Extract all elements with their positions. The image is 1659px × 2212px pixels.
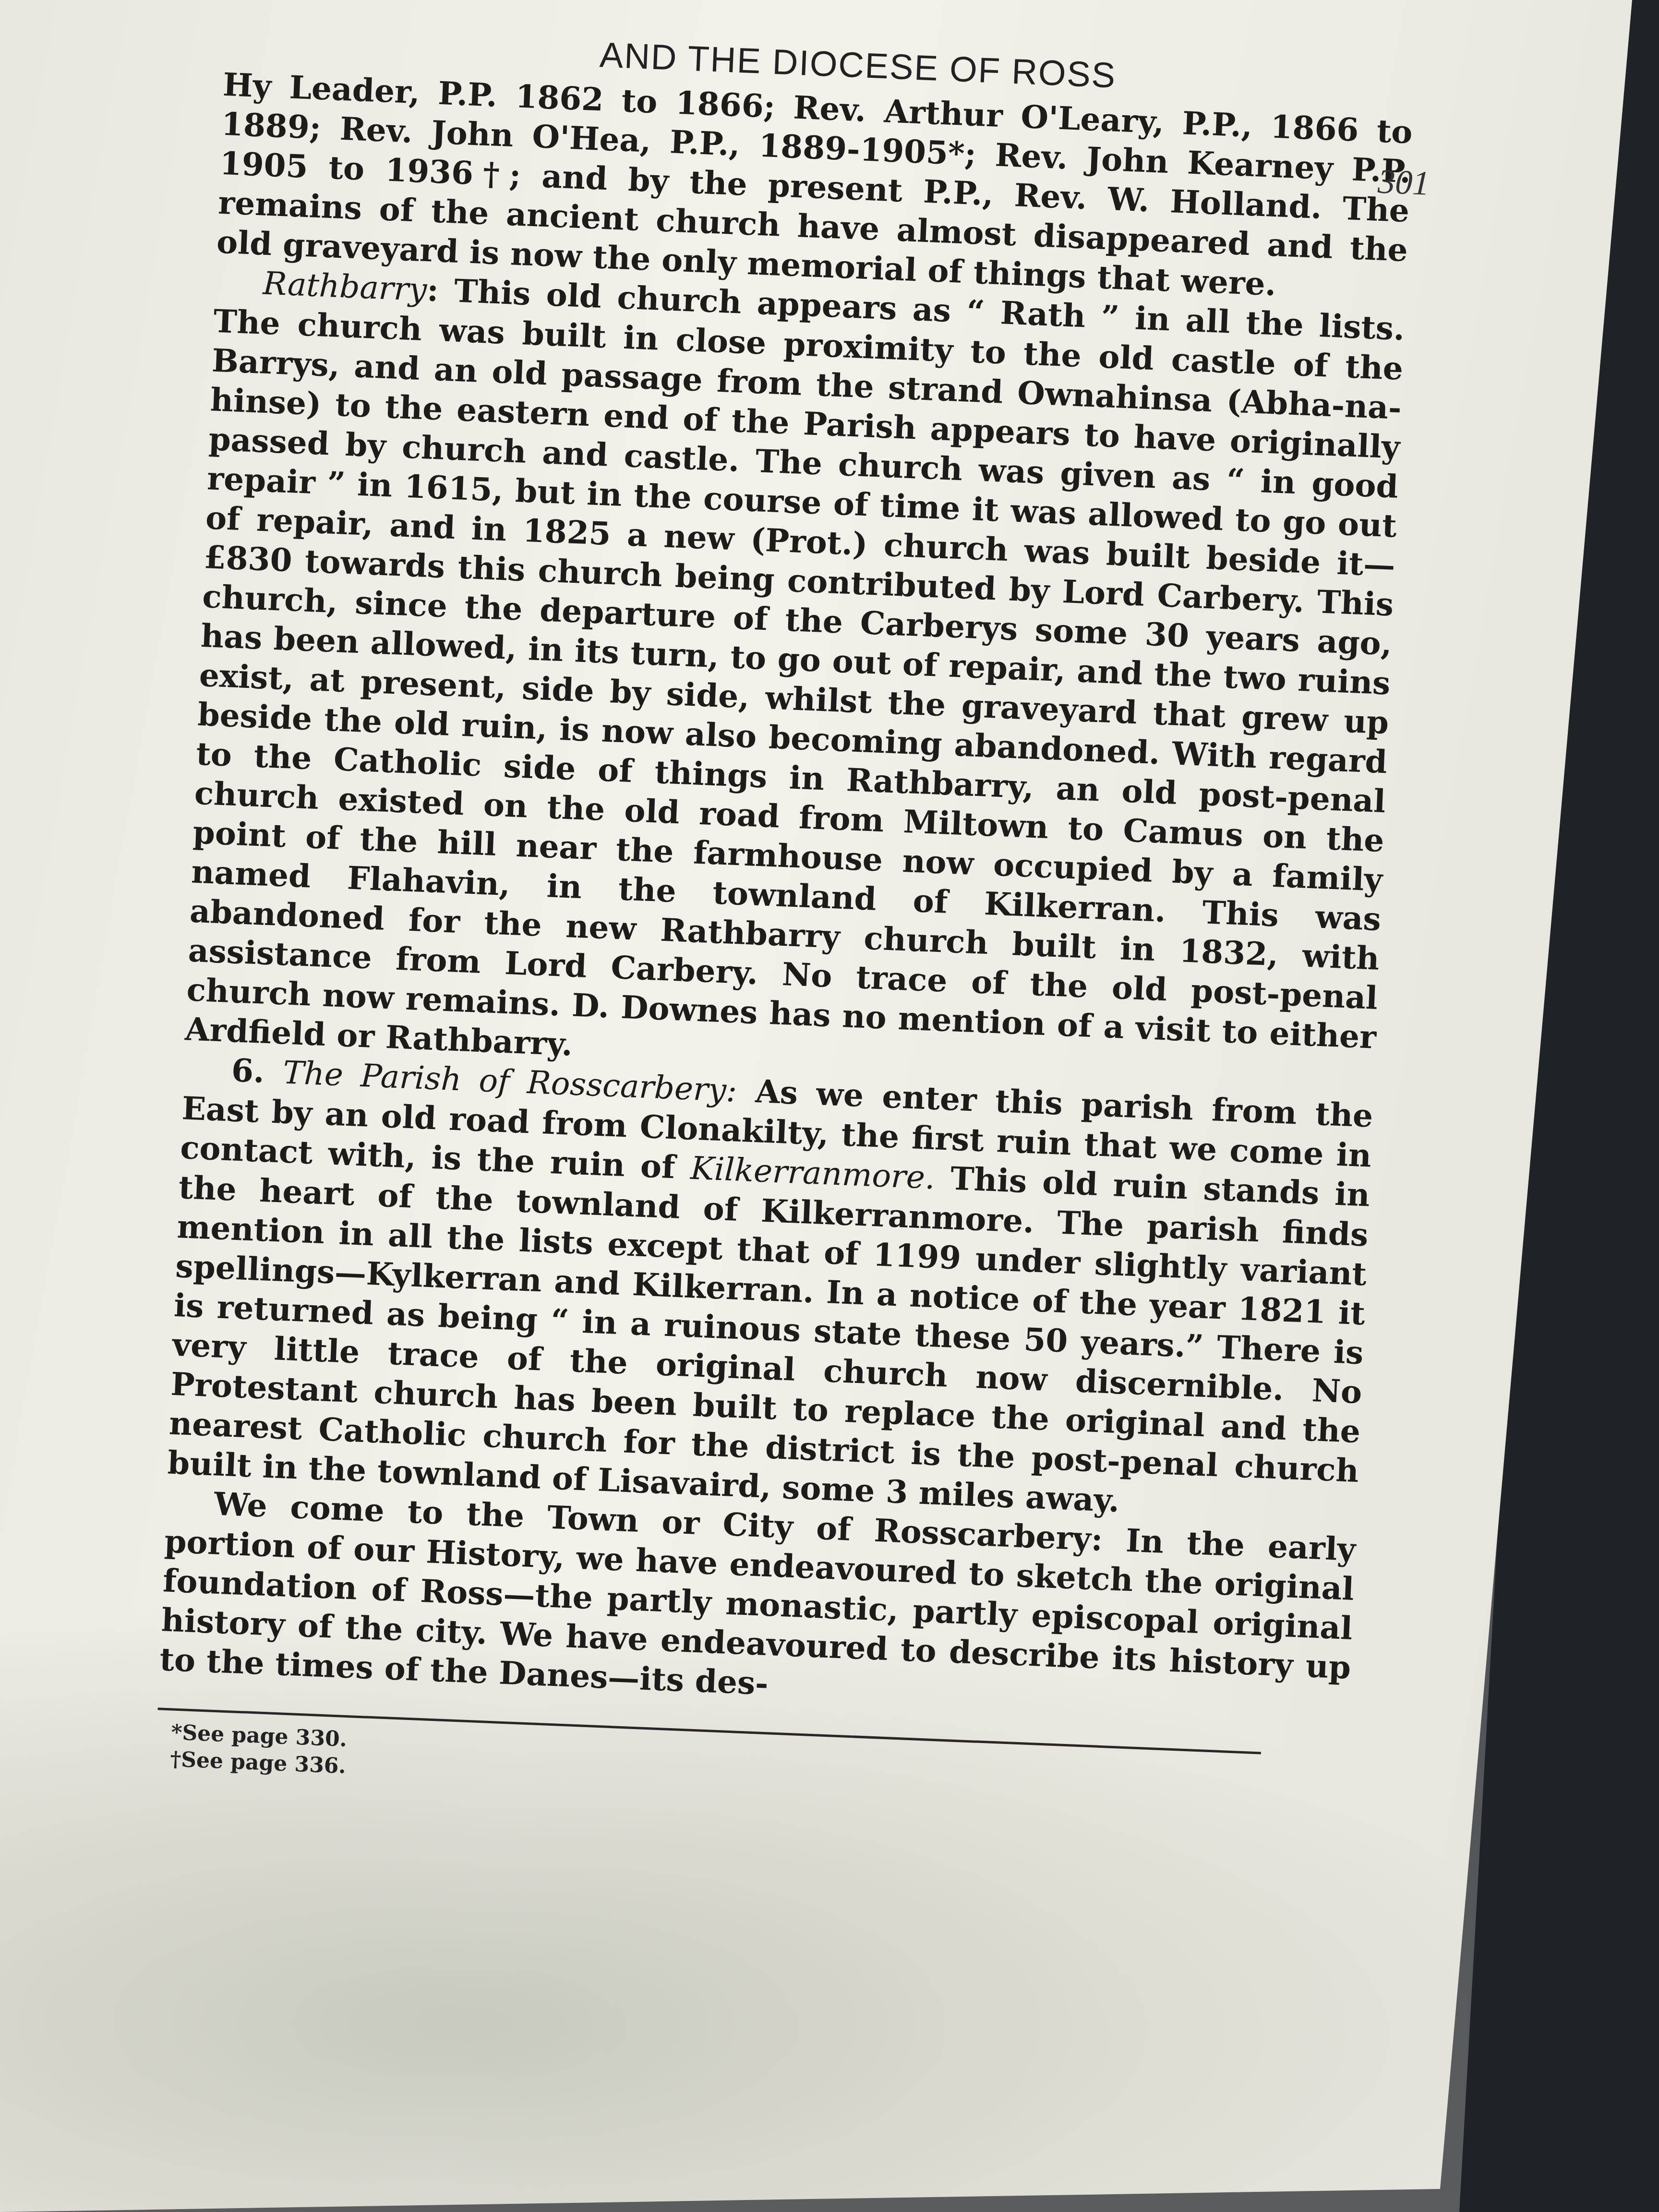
body-text: Hy Leader, P.P. 1862 to 1866; Rev. Arthu… — [159, 65, 1413, 1727]
section-text: This old ruin stands in the heart of the… — [167, 1159, 1370, 1519]
section-number: 6. — [231, 1051, 265, 1090]
page-content: AND THE DIOCESE OF ROSS 301 Hy Leader, P… — [155, 19, 1415, 1820]
rathbarry-text: : This old church appears as “ Rath ” in… — [184, 271, 1406, 1063]
page-number: 301 — [1377, 162, 1431, 204]
paragraph-rosscarbery-parish: 6. The Parish of Rosscarbery: As we ente… — [167, 1048, 1374, 1530]
rathbarry-heading: Rathbarry — [262, 265, 427, 309]
paragraph-rathbarry: Rathbarry: This old church appears as “ … — [184, 262, 1406, 1096]
town-text: In the early portion of our History, we … — [159, 1521, 1356, 1702]
kilkerranmore-name: Kilkerranmore. — [690, 1150, 936, 1196]
